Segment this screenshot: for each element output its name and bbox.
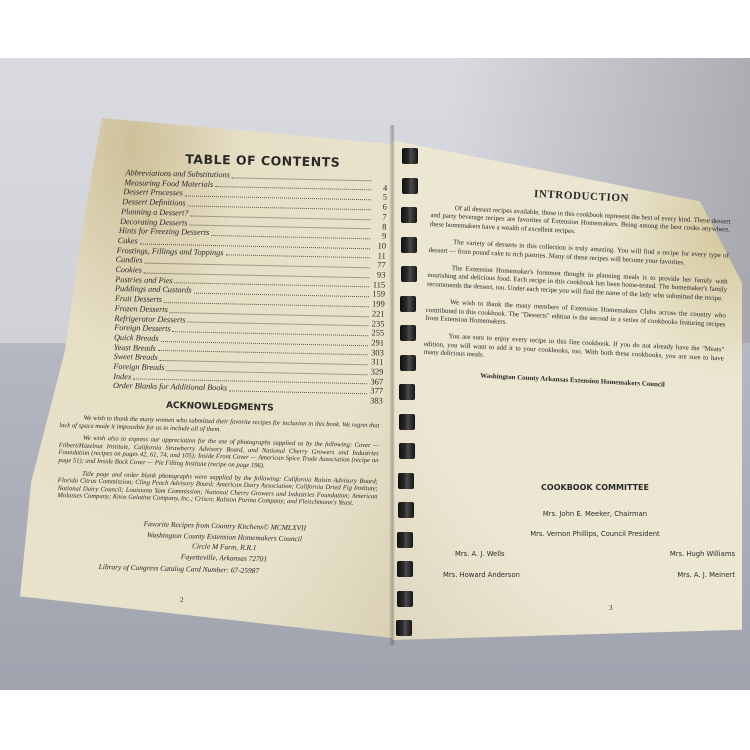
spiral-loop	[401, 237, 417, 253]
spiral-loop	[402, 148, 418, 164]
spiral-loop	[402, 178, 418, 194]
committee-row: Mrs. Howard Anderson Mrs. A. J. Meinert	[443, 571, 735, 579]
spiral-binding	[396, 140, 426, 640]
toc-entry-label: Index	[113, 372, 131, 382]
spiral-loop	[399, 384, 415, 400]
introduction-paragraph: We wish to thank the many members of Ext…	[425, 298, 726, 338]
introduction-section: INTRODUCTION Of all dessert recipes avai…	[422, 183, 732, 402]
acknowledgments-section: ACKNOWLEDGMENTS We wish to thank the man…	[57, 398, 380, 513]
committee-chairman: Mrs. John E. Meeker, Chairman	[455, 510, 735, 518]
toc-list: Abbreviations and SubstitutionsMeasuring…	[113, 168, 388, 406]
committee-member: Mrs. Hugh Williams	[670, 550, 735, 558]
committee-row: Mrs. A. J. Wells Mrs. Hugh Williams	[455, 550, 735, 558]
introduction-paragraph: The Extension Homemaker's foremost thoug…	[427, 264, 728, 304]
spiral-loop	[400, 355, 416, 371]
cookbook-committee: COOKBOOK COMMITTEE Mrs. John E. Meeker, …	[455, 483, 735, 592]
spiral-loop	[397, 591, 413, 607]
toc-entry-page: 383	[369, 396, 383, 406]
page-number-right: 3	[609, 604, 613, 612]
spine-shadow	[389, 125, 395, 645]
acknowledgments-paragraph: We wish also to express our appreciation…	[58, 434, 379, 473]
introduction-paragraph: Of all dessert recipes available, those …	[430, 204, 731, 244]
spiral-loop	[399, 414, 415, 430]
spiral-loop	[401, 266, 417, 282]
spiral-loop	[398, 502, 414, 518]
committee-title: COOKBOOK COMMITTEE	[455, 483, 735, 492]
spiral-loop	[399, 443, 415, 459]
introduction-paragraph: You are sure to enjoy every recipe in th…	[423, 332, 724, 372]
introduction-paragraph: The variety of desserts in this collecti…	[428, 238, 728, 269]
committee-president: Mrs. Vernon Phillips, Council President	[455, 530, 735, 538]
spiral-loop	[401, 207, 417, 223]
table-of-contents: TABLE OF CONTENTS Abbreviations and Subs…	[113, 150, 388, 406]
spiral-loop	[397, 561, 413, 577]
introduction-signature: Washington County Arkansas Extension Hom…	[422, 369, 722, 392]
spiral-loop	[397, 532, 413, 548]
committee-member: Mrs. A. J. Wells	[455, 550, 505, 558]
committee-member: Mrs. A. J. Meinert	[677, 571, 735, 579]
page-number-left: 2	[180, 596, 184, 604]
toc-entry-label: Cakes	[118, 236, 138, 246]
spiral-loop	[400, 325, 416, 341]
toc-entry-label: Candies	[116, 255, 143, 265]
spiral-loop	[398, 473, 414, 489]
acknowledgments-paragraph: We wish to thank the many women who subm…	[59, 414, 379, 438]
imprint: Favorite Recipes from Country Kitchens© …	[99, 518, 350, 579]
toc-entry-label: Cookies	[115, 265, 142, 275]
spiral-loop	[400, 296, 416, 312]
spiral-loop	[396, 620, 412, 636]
committee-member: Mrs. Howard Anderson	[443, 571, 520, 579]
acknowledgments-paragraph: Title page and order blank photographs w…	[57, 470, 378, 509]
